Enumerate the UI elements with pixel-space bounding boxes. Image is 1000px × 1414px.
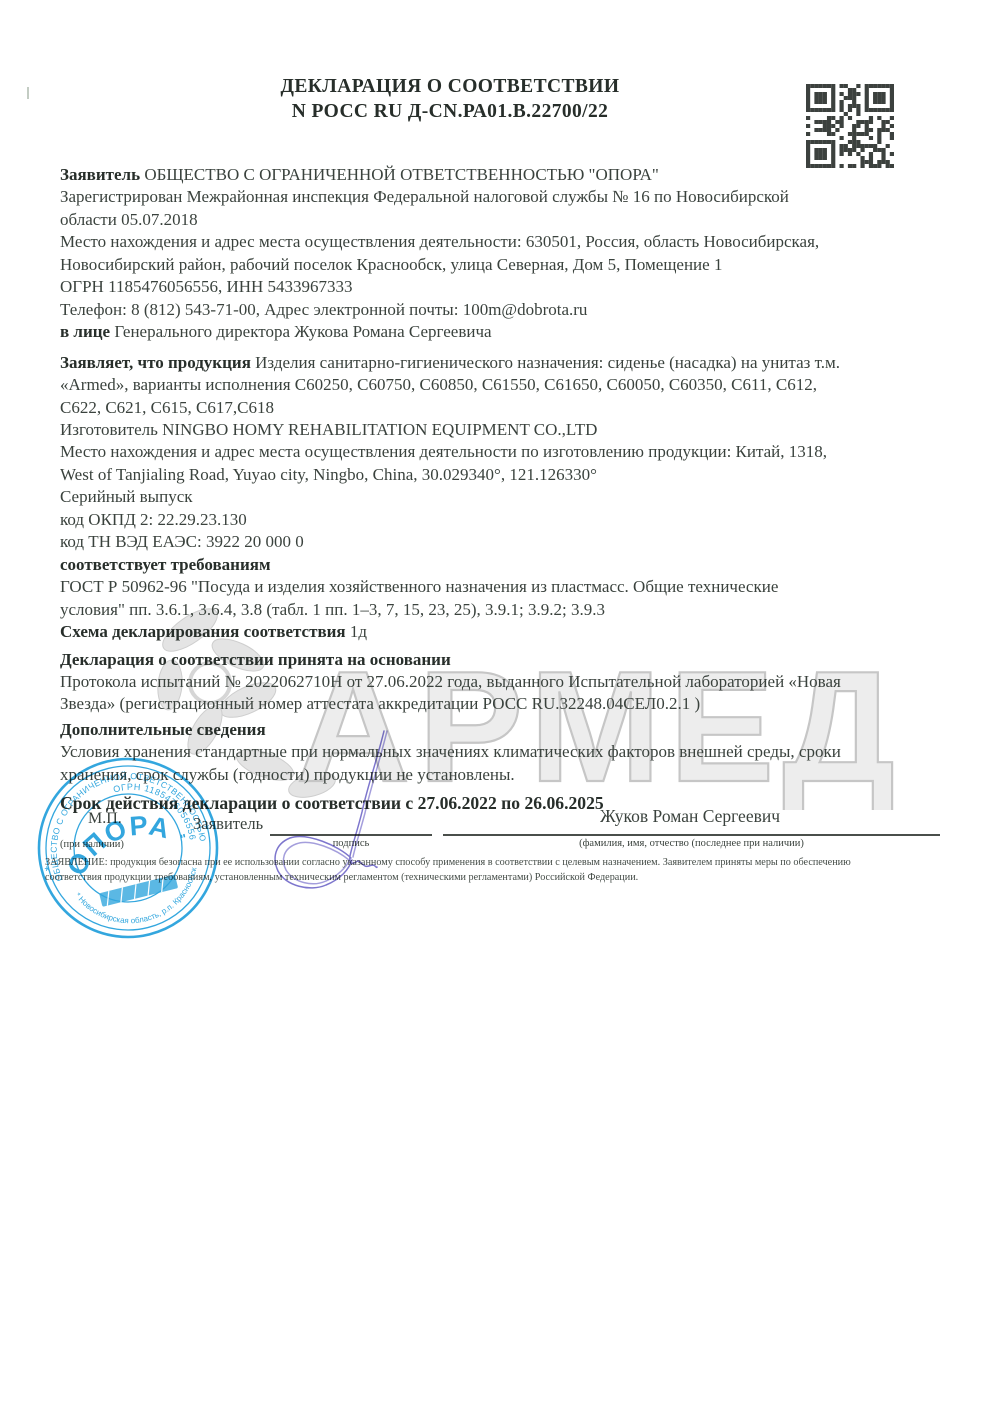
doc-line: области 05.07.2018 xyxy=(60,209,955,231)
svg-text:ОПОРА: ОПОРА xyxy=(52,801,184,886)
qr-code xyxy=(806,84,894,168)
doc-line: Декларация о соответствии принята на осн… xyxy=(60,649,955,671)
title-line-1: ДЕКЛАРАЦИЯ О СООТВЕТСТВИИ xyxy=(60,74,840,99)
signatory-name: Жуков Роман Сергеевич xyxy=(520,806,860,827)
document-body: Заявитель ОБЩЕСТВО С ОГРАНИЧЕННОЙ ОТВЕТС… xyxy=(60,164,955,815)
doc-line: ОГРН 1185476056556, ИНН 5433967333 xyxy=(60,276,955,298)
doc-line: Заявляет, что продукция Изделия санитарн… xyxy=(60,352,955,374)
pen-signature xyxy=(255,718,400,908)
document-title: ДЕКЛАРАЦИЯ О СООТВЕТСТВИИ N РОСС RU Д-CN… xyxy=(60,74,840,124)
doc-line: Зарегистрирован Межрайонная инспекция Фе… xyxy=(60,186,955,208)
doc-line: Новосибирский район, рабочий поселок Кра… xyxy=(60,254,955,276)
doc-line: код ОКПД 2: 22.29.23.130 xyxy=(60,509,955,531)
name-line xyxy=(443,834,940,836)
stamp-center-text: ОПОРА xyxy=(52,801,184,886)
doc-line: в лице Генерального директора Жукова Ром… xyxy=(60,321,955,343)
declaration-document: АРМЕД ДЕКЛАРАЦИЯ О СООТВЕТСТВИИ N РОСС R… xyxy=(0,0,1000,1414)
doc-line: условия" пп. 3.6.1, 3.6.4, 3.8 (табл. 1 … xyxy=(60,599,955,621)
name-caption: (фамилия, имя, отчество (последнее при н… xyxy=(443,838,940,849)
doc-line: Серийный выпуск xyxy=(60,486,955,508)
doc-line: ГОСТ Р 50962-96 "Посуда и изделия хозяйс… xyxy=(60,576,955,598)
doc-line: соответствует требованиям xyxy=(60,554,955,576)
doc-line: Протокола испытаний № 2022062710Н от 27.… xyxy=(60,671,955,693)
stamp-ribbon-ornament xyxy=(99,874,178,906)
doc-line: «Armed», варианты исполнения C60250, C60… xyxy=(60,374,955,396)
doc-line: Место нахождения и адрес места осуществл… xyxy=(60,441,955,463)
doc-line: код ТН ВЭД ЕАЭС: 3922 20 000 0 xyxy=(60,531,955,553)
doc-line: Место нахождения и адрес места осуществл… xyxy=(60,231,955,253)
doc-line: C622, C621, C615, C617,C618 xyxy=(60,397,955,419)
doc-line: Телефон: 8 (812) 543-71-00, Адрес электр… xyxy=(60,299,955,321)
title-line-2: N РОСС RU Д-CN.РА01.В.22700/22 xyxy=(60,99,840,124)
doc-line: West of Tanjialing Road, Yuyao city, Nin… xyxy=(60,464,955,486)
scan-artifact xyxy=(27,87,29,99)
doc-line: Схема декларирования соответствия 1д xyxy=(60,621,955,643)
doc-line: Изготовитель NINGBO HOMY REHABILITATION … xyxy=(60,419,955,441)
doc-line: Звезда» (регистрационный номер аттестата… xyxy=(60,693,955,715)
company-round-stamp: ОБЩЕСТВО С ОГРАНИЧЕННОЙ ОТВЕТСТВЕННОСТЬЮ… xyxy=(15,735,250,970)
